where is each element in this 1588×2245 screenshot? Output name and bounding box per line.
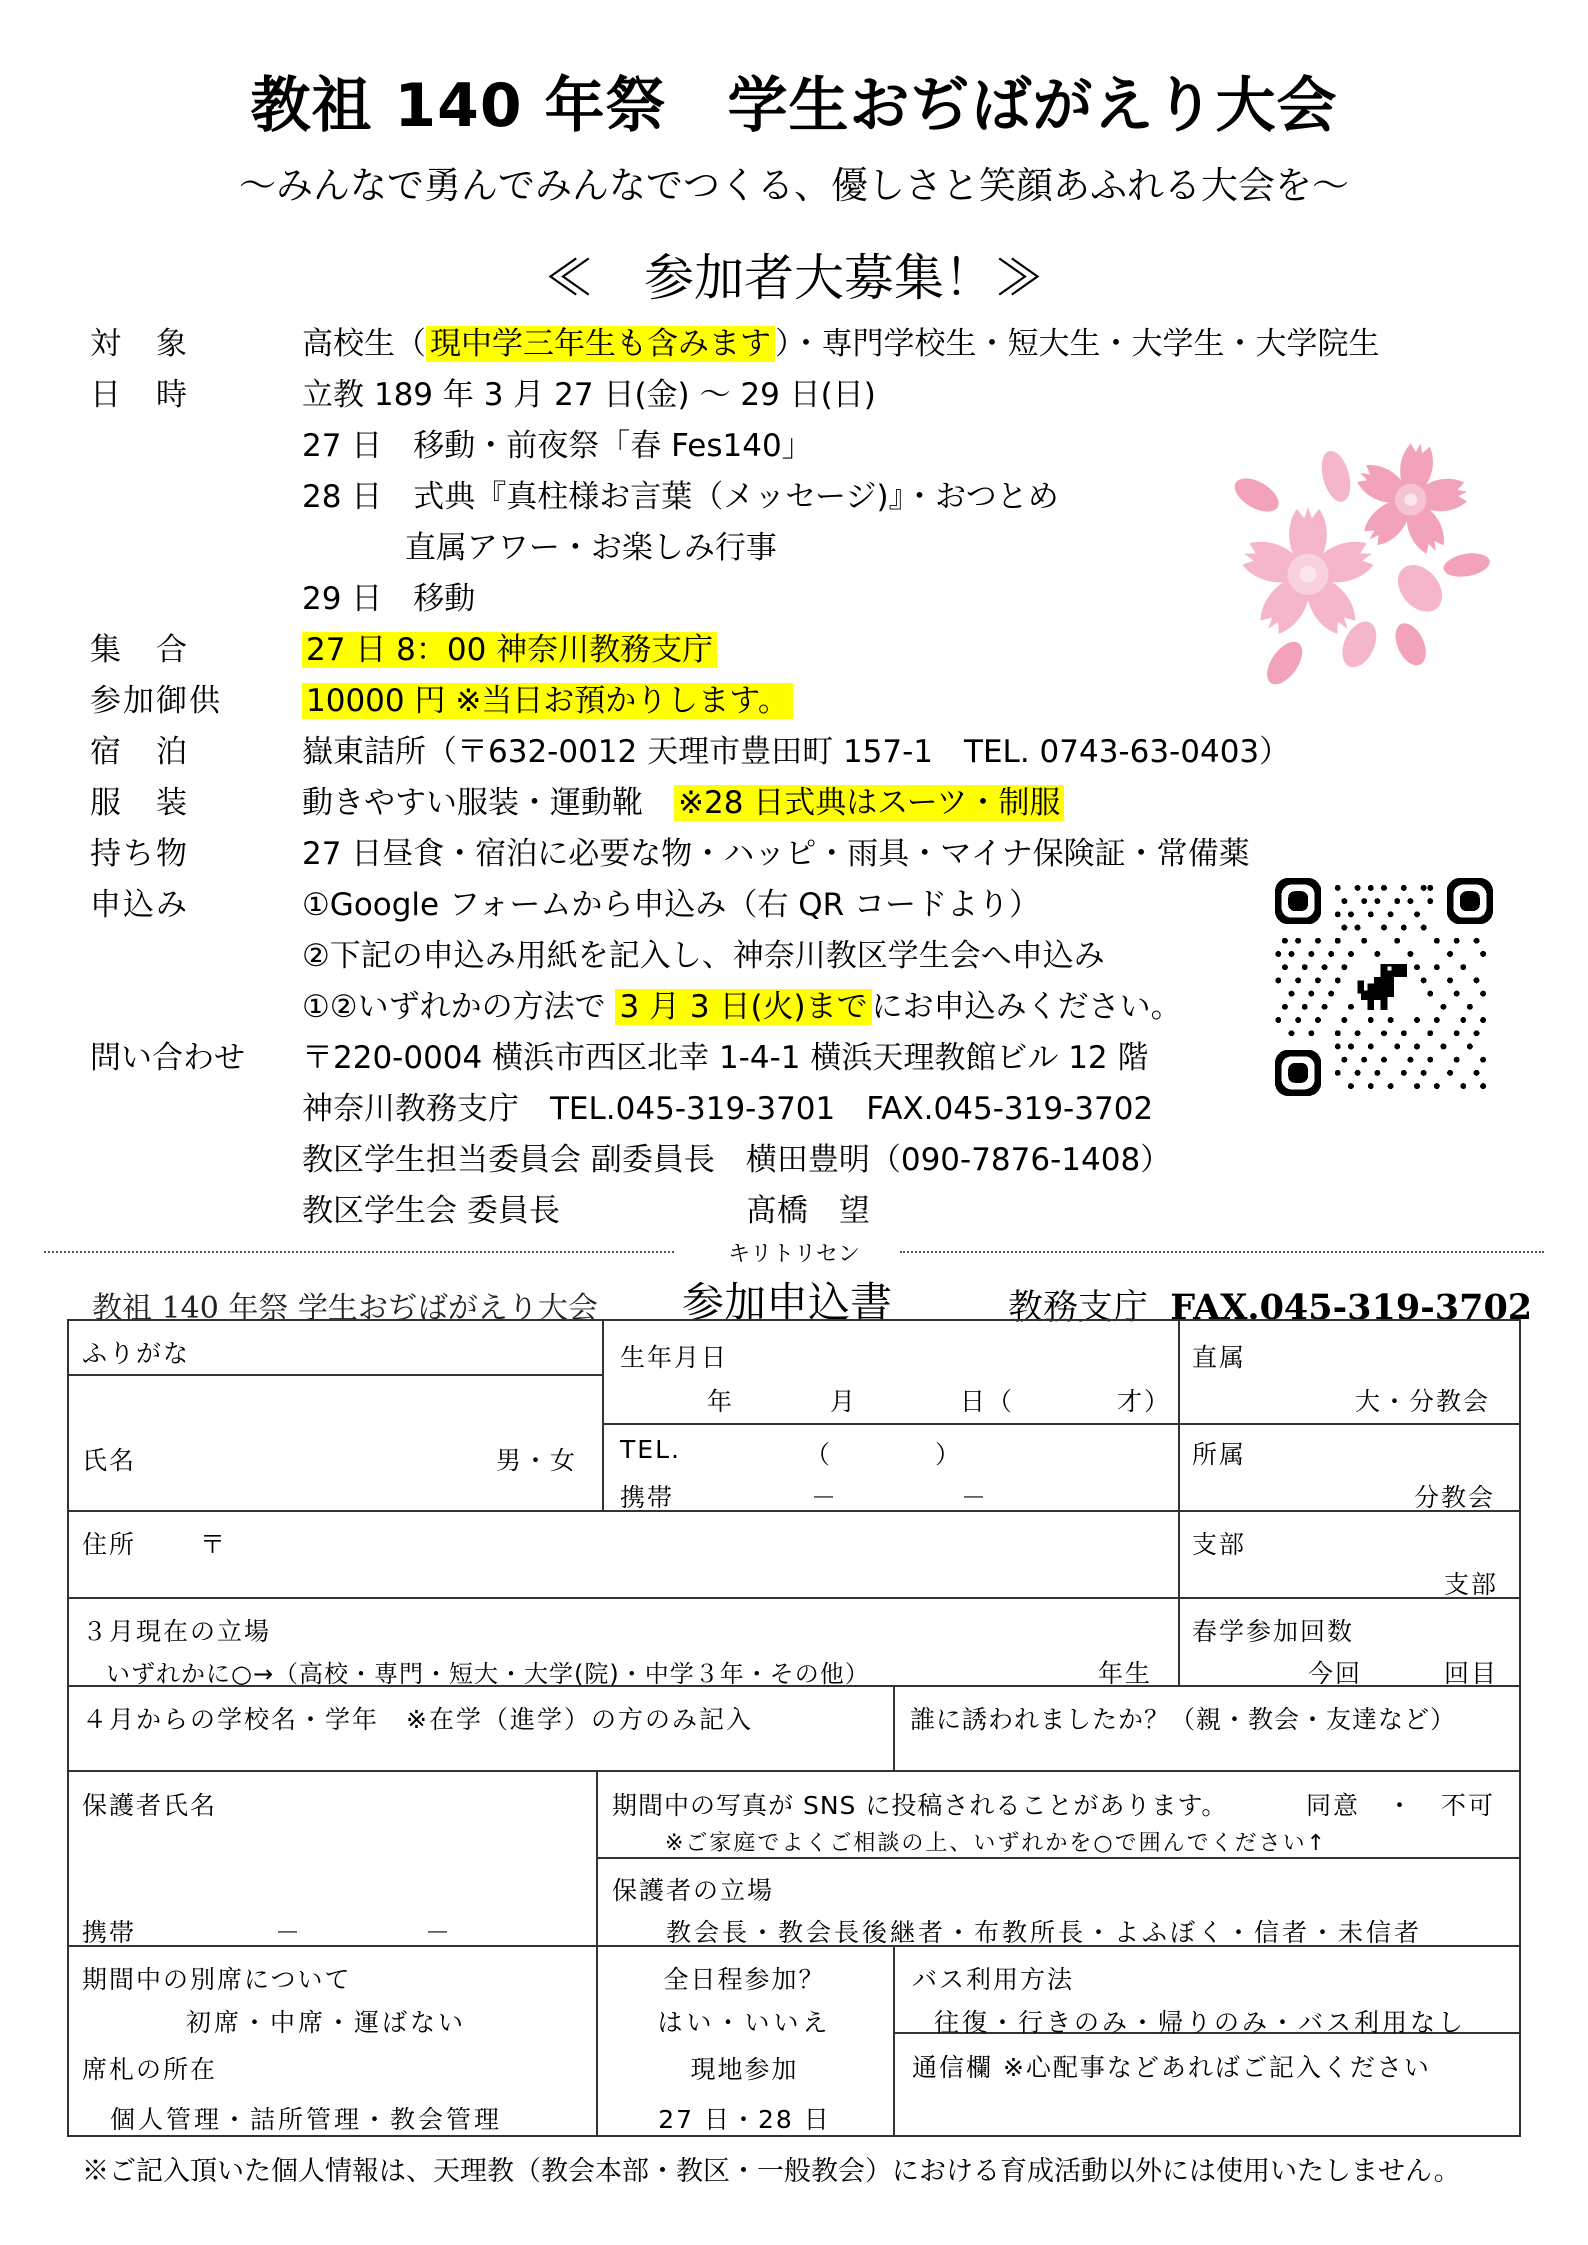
- fee-highlight: 10000 円 ※当日お預かりします。: [302, 683, 793, 719]
- ticket-label: 席札の所在: [82, 2050, 217, 2086]
- guardian-name-label: 保護者氏名: [82, 1786, 217, 1822]
- contact-line-1: 神奈川教務支庁 TEL.045-319-3701 FAX.045-319-370…: [302, 1083, 1153, 1128]
- datetime-line-4: 29 日 移動: [302, 573, 475, 618]
- divider: [67, 1597, 1521, 1599]
- school-label: ４月からの学校名・学年 ※在学（進学）の方のみ記入: [82, 1700, 753, 1736]
- info-label-contact: 問い合わせ: [90, 1032, 245, 1077]
- info-value-target: 高校生（現中学三年生も含みます）・専門学校生・短大生・大学生・大学院生: [302, 318, 1380, 363]
- spring-count-label: 春学参加回数: [1192, 1612, 1354, 1648]
- divider: [67, 1510, 1521, 1512]
- guardian-mobile-dash-1[interactable]: －: [275, 1913, 302, 1949]
- status-grade[interactable]: 年生: [1098, 1654, 1152, 1690]
- info-label-lodging: 宿 泊: [90, 726, 189, 771]
- furigana-label: ふりがな: [82, 1334, 190, 1370]
- apply-line-2: ②下記の申込み用紙を記入し、神奈川教区学生会へ申込み: [302, 930, 1105, 975]
- info-label-target: 対 象: [90, 318, 189, 363]
- spring-count-current: 今回: [1308, 1654, 1362, 1690]
- datetime-line-3: 直属アワー・お楽しみ行事: [302, 522, 777, 567]
- sns-note: ※ご家庭でよくご相談の上、いずれかを○で囲んでください↑: [665, 1826, 1327, 1857]
- contact-line-2: 教区学生担当委員会 副委員長 横田豊明（090-7876-1408）: [302, 1134, 1171, 1179]
- guardian-mobile-dash-2[interactable]: －: [425, 1913, 452, 1949]
- bus-label: バス利用方法: [912, 1960, 1074, 1996]
- page-title: 教祖 140 年祭 学生おぢばがえり大会: [0, 58, 1588, 144]
- info-label-attire: 服 装: [90, 777, 189, 822]
- info-label-fee: 参加御供: [90, 675, 222, 720]
- birthdate-age[interactable]: 才）: [1117, 1382, 1171, 1418]
- postal-mark[interactable]: 〒: [200, 1525, 227, 1561]
- absence-label: 期間中の別席について: [82, 1960, 352, 1996]
- info-value-belongings: 27 日昼食・宿泊に必要な物・ハッピ・雨具・マイナ保険証・常備薬: [302, 828, 1250, 873]
- tel-label: TEL.: [620, 1435, 681, 1464]
- guardian-mobile-label: 携帯: [82, 1913, 136, 1949]
- local-options[interactable]: 27 日・28 日: [596, 2100, 893, 2136]
- info-label-datetime: 日 時: [90, 369, 189, 414]
- apply-line-1: ①Google フォームから申込み（右 QR コードより）: [302, 879, 1040, 924]
- privacy-note: ※ご記入頂いた個人情報は、天理教（教会本部・教区・一般教会）における育成活動以外…: [82, 2149, 1461, 2188]
- recruit-heading: ≪ 参加者大募集！≫: [0, 238, 1588, 310]
- guardian-role-options[interactable]: 教会長・教会長後継者・布教所長・よふぼく・信者・未信者: [666, 1913, 1422, 1949]
- divider: [1178, 1423, 1521, 1425]
- target-prefix: 高校生（: [302, 326, 426, 362]
- affiliation-label: 所属: [1192, 1435, 1246, 1471]
- direct-suffix[interactable]: 大・分教会: [1355, 1382, 1490, 1418]
- birthdate-month[interactable]: 月: [830, 1382, 857, 1418]
- contact-line-3: 教区学生会 委員長 髙橋 望: [302, 1185, 870, 1230]
- sns-agree-options[interactable]: 同意 ・ 不可: [1306, 1786, 1495, 1822]
- mobile-dash-1[interactable]: －: [811, 1478, 838, 1514]
- target-highlight: 現中学三年生も含みます: [426, 326, 775, 362]
- sns-label: 期間中の写真が SNS に投稿されることがあります。: [612, 1786, 1227, 1822]
- info-value-lodging: 嶽東詰所（〒632-0012 天理市豊田町 157-1 TEL. 0743-63…: [302, 726, 1290, 771]
- direct-label: 直属: [1192, 1338, 1246, 1374]
- cut-line-label: キリトリセン: [0, 1237, 1588, 1268]
- divider: [67, 1770, 1521, 1772]
- apply-line3-prefix: ①②いずれかの方法で: [302, 989, 615, 1025]
- mobile-dash-2[interactable]: －: [961, 1478, 988, 1514]
- assembly-highlight: 27 日 8：00 神奈川教務支庁: [302, 632, 717, 668]
- divider: [602, 1319, 604, 1510]
- full-schedule-options[interactable]: はい・いいえ: [596, 2003, 893, 2039]
- sakura-icon: [1210, 430, 1490, 700]
- status-label: ３月現在の立場: [82, 1612, 271, 1648]
- absence-options[interactable]: 初席・中席・運ばない: [186, 2003, 466, 2039]
- datetime-line-2: 28 日 式典『真柱様お言葉（メッセージ)』・おつとめ: [302, 471, 1059, 516]
- datetime-line-1: 27 日 移動・前夜祭「春 Fes140」: [302, 420, 813, 465]
- branch-label: 支部: [1192, 1525, 1246, 1561]
- birthdate-label: 生年月日: [620, 1338, 728, 1374]
- info-value-fee: 10000 円 ※当日お預かりします。: [302, 675, 793, 720]
- target-suffix: ）・専門学校生・短大生・大学生・大学院生: [775, 326, 1380, 362]
- divider: [602, 1423, 1178, 1425]
- guardian-role-label: 保護者の立場: [612, 1871, 774, 1907]
- tel-paren-open[interactable]: （: [805, 1435, 832, 1471]
- divider: [1178, 1319, 1180, 1685]
- divider: [596, 1857, 1521, 1859]
- info-label-assembly: 集 合: [90, 624, 189, 669]
- full-schedule-label: 全日程参加？: [596, 1960, 893, 1996]
- info-value-assembly: 27 日 8：00 神奈川教務支庁: [302, 624, 717, 669]
- address-label: 住所: [82, 1525, 136, 1561]
- contact-line-0: 〒220-0004 横浜市西区北幸 1-4-1 横浜天理教館ビル 12 階: [302, 1032, 1149, 1077]
- birthdate-day[interactable]: 日（: [960, 1382, 1014, 1418]
- attire-text: 動きやすい服装・運動靴: [302, 785, 674, 821]
- local-label: 現地参加: [596, 2050, 893, 2086]
- mobile-label: 携帯: [620, 1478, 674, 1514]
- status-options[interactable]: いずれかに○→（高校・専門・短大・大学(院)・中学３年・その他）: [106, 1654, 870, 1689]
- ticket-options[interactable]: 個人管理・詰所管理・教会管理: [110, 2100, 502, 2136]
- bus-options[interactable]: 往復・行きのみ・帰りのみ・バス利用なし: [934, 2003, 1466, 2039]
- birthdate-year[interactable]: 年: [707, 1382, 734, 1418]
- info-label-belongings: 持ち物: [90, 828, 189, 873]
- page-subtitle: ～みんなで勇んでみんなでつくる、優しさと笑顔あふれる大会を～: [0, 155, 1588, 209]
- divider: [893, 1685, 895, 1770]
- divider: [893, 1945, 895, 2137]
- tel-paren-close[interactable]: ）: [935, 1435, 962, 1471]
- info-label-apply: 申込み: [90, 879, 189, 924]
- spring-count-suffix[interactable]: 回目: [1444, 1654, 1498, 1690]
- apply-line3-suffix: にお申込みください。: [872, 989, 1182, 1025]
- apply-line-3: ①②いずれかの方法で 3 月 3 日(火)までにお申込みください。: [302, 981, 1182, 1026]
- affiliation-suffix[interactable]: 分教会: [1414, 1478, 1495, 1514]
- info-value-attire: 動きやすい服装・運動靴 ※28 日式典はスーツ・制服: [302, 777, 1064, 822]
- invited-by-label: 誰に誘われましたか？（親・教会・友達など）: [910, 1700, 1456, 1736]
- deadline-highlight: 3 月 3 日(火)まで: [615, 989, 871, 1025]
- attire-highlight: ※28 日式典はスーツ・制服: [674, 785, 1064, 821]
- remarks-label: 通信欄 ※心配事などあればご記入ください: [912, 2048, 1431, 2084]
- branch-suffix[interactable]: 支部: [1444, 1565, 1498, 1601]
- datetime-line-0: 立教 189 年 3 月 27 日(金) ～ 29 日(日): [302, 369, 876, 414]
- qr-code-icon[interactable]: [1275, 878, 1493, 1096]
